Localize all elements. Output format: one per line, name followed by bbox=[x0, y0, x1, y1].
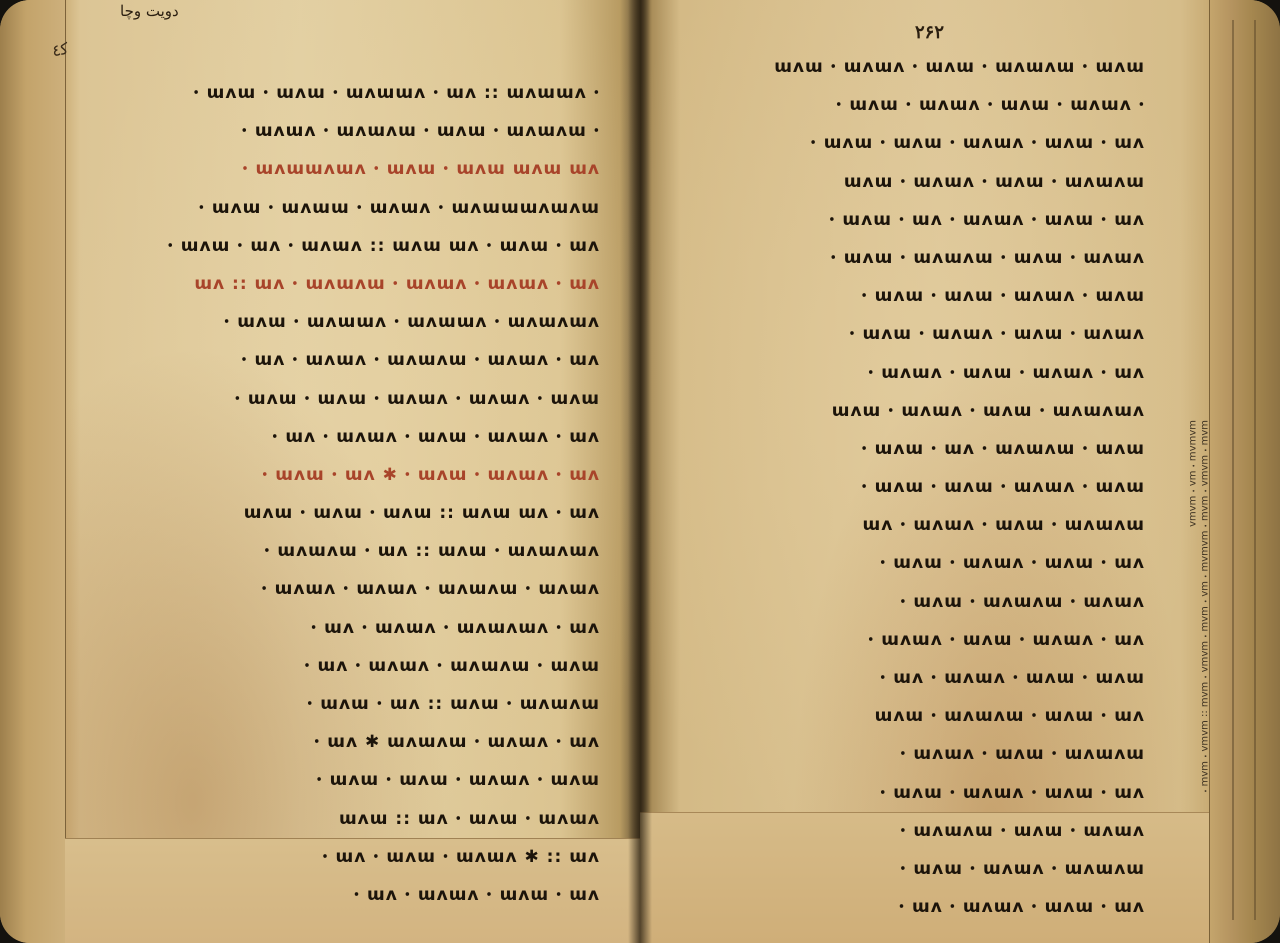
manuscript-line: ꞏ ɯᴧɯᴧɯ ꞏ ɯᴧɯ ꞏ ɯᴧɯᴧ bbox=[670, 812, 1145, 850]
manuscript-line: ꞏ ɯᴧɯ ꞏ ɯᴧ ꞏ ɯᴧɯᴧ :: ɯᴧɯ ɯᴧ ꞏ ɯᴧɯ ꞏ ɯᴧ bbox=[120, 227, 600, 265]
book-gutter bbox=[628, 0, 652, 943]
manuscript-line: ꞏ ɯᴧɯ ꞏ ɯᴧɯɯᴧ ꞏ ɯᴧɯɯᴧ ꞏ ɯᴧɯᴧɯᴧ bbox=[120, 303, 600, 341]
manuscript-line: ꞏ ɯᴧɯᴧ ꞏ ɯᴧɯᴧɯ ꞏ ɯᴧɯ ꞏ ɯᴧɯᴧɯ ꞏ bbox=[120, 112, 600, 150]
manuscript-line: ɯᴧ :: ɯᴧ ꞏ ɯᴧɯᴧɯ ꞏ ɯᴧɯᴧ ꞏ ɯᴧɯᴧ ꞏ ɯᴧ bbox=[120, 265, 600, 303]
manuscript-line: ɯᴧɯ :: ɯᴧ ꞏ ɯᴧɯ ꞏ ɯᴧɯᴧ bbox=[120, 800, 600, 838]
left-text-block: ꞏ ɯᴧɯ ꞏ ɯᴧɯ ꞏ ɯᴧɯɯᴧ ꞏ ɯᴧ :: ɯᴧɯɯᴧ ꞏꞏ ɯᴧɯ… bbox=[120, 74, 600, 914]
manuscript-line: ꞏ ɯᴧɯ ꞏ ɯᴧɯ ꞏ ɯᴧɯᴧ ꞏ ɯᴧɯ ꞏ ɯᴧ bbox=[670, 124, 1145, 162]
manuscript-line: ꞏ ɯᴧɯ ꞏ ɯᴧɯᴧ ꞏ ɯᴧɯᴧɯ bbox=[670, 850, 1145, 888]
manuscript-line: ɯᴧɯ ꞏ ɯᴧɯ ꞏ ɯᴧɯ :: ɯᴧɯ ɯᴧ ꞏ ɯᴧ bbox=[120, 494, 600, 532]
manuscript-line: ꞏ ɯᴧ ✱ ɯᴧɯᴧɯ ꞏ ɯᴧɯᴧ ꞏ ɯᴧ bbox=[120, 723, 600, 761]
left-page: دویت وچا ﻛ٤ ꞏ ɯᴧɯ ꞏ ɯᴧɯ ꞏ ɯᴧɯɯᴧ ꞏ ɯᴧ :: … bbox=[0, 0, 640, 943]
open-manuscript: دویت وچا ﻛ٤ ꞏ ɯᴧɯ ꞏ ɯᴧɯ ꞏ ɯᴧɯɯᴧ ꞏ ɯᴧ :: … bbox=[0, 0, 1280, 943]
manuscript-line: ꞏ ɯᴧɯᴧɯ ꞏ ɯᴧ :: ɯᴧɯ ꞏ ɯᴧɯᴧɯᴧ bbox=[120, 532, 600, 570]
page-edges bbox=[1209, 0, 1280, 943]
manuscript-line: ɯᴧɯ ꞏ ɯᴧɯᴧ ꞏ ɯᴧɯ ꞏ ɯᴧɯᴧɯ bbox=[670, 163, 1145, 201]
manuscript-line: ɯᴧɯ ꞏ ɯᴧɯᴧɯ ꞏ ɯᴧɯ ꞏ ɯᴧ bbox=[670, 697, 1145, 735]
margin-annotation: ɯᴧɯ ꞏ ɯᴧɯᴧ ꞏ ɯᴧɯ ꞏ ɯᴧɯᴧɯ ꞏ ɯᴧ ꞏ ɯᴧɯ ꞏ ɯᴧ… bbox=[1150, 420, 1210, 810]
manuscript-line: ꞏ ɯᴧ ꞏ ɯᴧɯᴧ ꞏ ɯᴧɯ ꞏ ɯᴧ bbox=[120, 876, 600, 914]
manuscript-line: ꞏ ɯᴧɯ ꞏ ɯᴧɯ ꞏ ɯᴧɯᴧ ꞏ ɯᴧɯᴧ ꞏ ɯᴧɯ bbox=[120, 380, 600, 418]
manuscript-line: ɯᴧɯ ꞏ ɯᴧɯᴧ ꞏ ɯᴧɯ ꞏ ɯᴧɯᴧɯᴧ bbox=[670, 392, 1145, 430]
manuscript-line: ɯᴧ ꞏ ɯᴧɯᴧ ꞏ ɯᴧɯ ꞏ ɯᴧɯᴧɯ bbox=[670, 506, 1145, 544]
manuscript-line: ꞏ ɯᴧɯᴧ ꞏ ɯᴧɯ ꞏ ɯᴧɯᴧ ꞏ ɯᴧ bbox=[670, 354, 1145, 392]
manuscript-line: ꞏ ɯᴧ ꞏ ɯᴧɯᴧ ꞏ ɯᴧɯ ꞏ ɯᴧ bbox=[670, 888, 1145, 926]
manuscript-line: ꞏ ɯᴧɯ ꞏ ɯᴧɯᴧ ꞏ ɯᴧɯ ꞏ ɯᴧɯᴧ bbox=[670, 315, 1145, 353]
manuscript-line: ꞏ ɯᴧɯ ꞏ ɯᴧɯᴧɯ ꞏ ɯᴧɯ ꞏ ɯᴧɯᴧ bbox=[670, 239, 1145, 277]
manuscript-line: ꞏ ɯᴧɯ ꞏ ɯᴧ ꞏ ɯᴧɯᴧ ꞏ ɯᴧɯ ꞏ ɯᴧ bbox=[670, 201, 1145, 239]
header-note: دویت وچا bbox=[120, 2, 179, 20]
folio-mark: ﻛ٤ bbox=[50, 39, 69, 61]
manuscript-line: ꞏ ɯᴧɯ ꞏ ɯᴧɯ ꞏ ɯᴧɯᴧ ꞏ ɯᴧɯ bbox=[120, 761, 600, 799]
manuscript-line: ꞏ ɯᴧɯᴧ ꞏ ɯᴧɯᴧ ꞏ ɯᴧɯᴧɯ ꞏ ɯᴧɯᴧ bbox=[120, 570, 600, 608]
manuscript-line: ꞏ ɯᴧɯɯᴧɯᴧ ꞏ ɯᴧɯ ꞏ ɯᴧɯ ɯᴧɯ ɯᴧ bbox=[120, 150, 600, 188]
manuscript-line: ꞏ ɯᴧɯ ꞏ ɯᴧɯᴧ ꞏ ɯᴧɯ ꞏ ɯᴧ bbox=[670, 774, 1145, 812]
right-text-block: ɯᴧɯ ꞏ ɯᴧɯᴧ ꞏ ɯᴧɯ ꞏ ɯᴧɯᴧɯ ꞏ ɯᴧɯꞏ ɯᴧɯ ꞏ ɯᴧ… bbox=[670, 48, 1145, 926]
manuscript-line: ꞏ ɯᴧɯ ꞏ ɯᴧɯ ꞏ ɯᴧɯɯᴧ ꞏ ɯᴧ :: ɯᴧɯɯᴧ ꞏ bbox=[120, 74, 600, 112]
manuscript-line: ꞏ ɯᴧ ꞏ ɯᴧɯᴧ ꞏ ɯᴧɯᴧɯᴧ ꞏ ɯᴧ bbox=[120, 609, 600, 647]
manuscript-line: ꞏ ɯᴧɯ ꞏ ɯᴧɯᴧ ꞏ ɯᴧɯ ꞏ ɯᴧɯᴧ ꞏ bbox=[670, 86, 1145, 124]
manuscript-line: ɯᴧɯ ꞏ ɯᴧɯᴧ ꞏ ɯᴧɯ ꞏ ɯᴧɯᴧɯ ꞏ ɯᴧɯ bbox=[670, 48, 1145, 86]
manuscript-line: ꞏ ɯᴧɯᴧ ꞏ ɯᴧɯ ꞏ ɯᴧɯᴧ ꞏ ɯᴧ bbox=[670, 621, 1145, 659]
manuscript-line: ꞏ ɯᴧɯ ꞏ ɯᴧɯ ꞏ ɯᴧɯᴧ ꞏ ɯᴧɯ bbox=[670, 468, 1145, 506]
manuscript-line: ꞏ ɯᴧ ꞏ ɯᴧɯ ꞏ ɯᴧɯᴧ ✱ :: ɯᴧ bbox=[120, 838, 600, 876]
manuscript-line: ꞏ ɯᴧɯ ꞏ ɯᴧ :: ɯᴧɯ ꞏ ɯᴧɯᴧɯ bbox=[120, 685, 600, 723]
manuscript-line: ꞏ ɯᴧɯ ꞏ ɯᴧ ꞏ ɯᴧɯᴧɯ ꞏ ɯᴧɯ bbox=[670, 430, 1145, 468]
manuscript-line: ꞏ ɯᴧ ꞏ ɯᴧɯᴧ ꞏ ɯᴧɯᴧɯ ꞏ ɯᴧɯᴧ ꞏ ɯᴧ bbox=[120, 341, 600, 379]
manuscript-line: ꞏ ɯᴧɯ ꞏ ɯᴧɯɯ ꞏ ɯᴧɯᴧ ꞏ ɯᴧɯɯɯᴧɯᴧɯ bbox=[120, 189, 600, 227]
manuscript-line: ꞏ ɯᴧɯᴧ ꞏ ɯᴧɯ ꞏ ɯᴧɯᴧɯ bbox=[670, 735, 1145, 773]
page-number: ۲۶۲ bbox=[915, 22, 944, 43]
manuscript-line: ꞏ ɯᴧɯ ꞏ ɯᴧɯᴧɯ ꞏ ɯᴧɯᴧ bbox=[670, 583, 1145, 621]
manuscript-line: ꞏ ɯᴧɯ ꞏ ɯᴧ ✱ ꞏ ɯᴧɯ ꞏ ɯᴧɯᴧ ꞏ ɯᴧ bbox=[120, 456, 600, 494]
manuscript-line: ꞏ ɯᴧɯ ꞏ ɯᴧɯᴧ ꞏ ɯᴧɯ ꞏ ɯᴧ bbox=[670, 544, 1145, 582]
binding-stub bbox=[0, 0, 66, 943]
manuscript-line: ꞏ ɯᴧɯ ꞏ ɯᴧɯ ꞏ ɯᴧɯᴧ ꞏ ɯᴧɯ bbox=[670, 277, 1145, 315]
manuscript-line: ꞏ ɯᴧ ꞏ ɯᴧɯᴧ ꞏ ɯᴧɯᴧɯ ꞏ ɯᴧɯ bbox=[120, 647, 600, 685]
manuscript-line: ꞏ ɯᴧ ꞏ ɯᴧɯᴧ ꞏ ɯᴧɯ ꞏ ɯᴧɯᴧ ꞏ ɯᴧ bbox=[120, 418, 600, 456]
manuscript-line: ꞏ ɯᴧ ꞏ ɯᴧɯᴧ ꞏ ɯᴧɯ ꞏ ɯᴧɯ bbox=[670, 659, 1145, 697]
